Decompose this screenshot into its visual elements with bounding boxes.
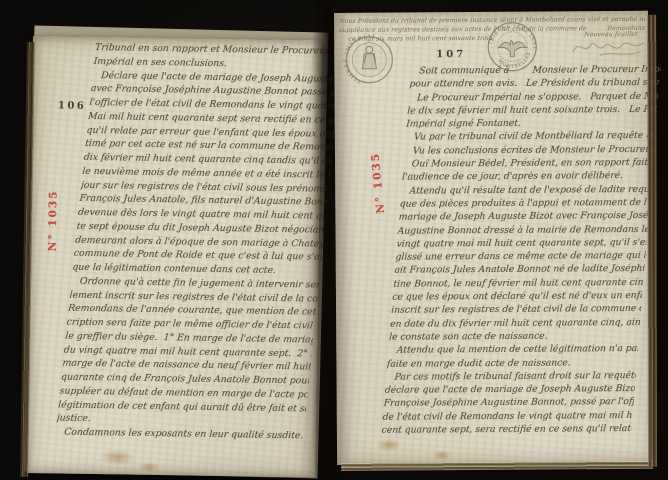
handwritten-line: en date du dix février mil huit cent qua… <box>390 316 641 331</box>
archive-number-stamp-right: N° 1035 <box>369 147 388 218</box>
handwritten-line: l'audience de ce jour, d'après en avoir … <box>401 169 652 184</box>
handwritten-text-right: Soit communiqué à Monsieur le Procureur … <box>380 63 661 445</box>
register-page-right: Nous Président du tribunal de première i… <box>334 11 651 465</box>
page-number-107: 107 <box>436 49 466 60</box>
page-number-106: 106 <box>58 100 87 111</box>
handwritten-line: Condamnons les exposants en leur qualité… <box>55 425 304 443</box>
stain <box>433 450 451 460</box>
handwritten-line: cent quarante sept, sera rectifié en ce … <box>381 422 632 437</box>
handwritten-line: inscrit sur les registres de l'état civi… <box>391 302 642 317</box>
register-page-left: 106 N° 1035 Tribunal en son rapport et M… <box>26 36 322 477</box>
handwritten-line: Attendu que la mention de cette légitima… <box>387 342 638 357</box>
handwritten-line: mariage de Joseph Auguste Bizot avec Fra… <box>398 209 649 224</box>
handwritten-text-left: Tribunal en son rapport et Monsieur le P… <box>51 41 343 474</box>
handwritten-line: pour attendre son avis. Le Président du … <box>409 76 660 91</box>
timbre-imperial-stamp: TIMBRE IMPÉRIAL <box>342 33 396 87</box>
paraph-signature <box>570 33 646 62</box>
imperial-eagle-icon <box>498 40 526 57</box>
handwritten-line: Françoise Joséphine Augustine Bonnot, pa… <box>383 395 634 410</box>
scanned-register-spread: 106 N° 1035 Tribunal en son rapport et M… <box>0 0 668 480</box>
archive-number-stamp-left: N° 1035 <box>47 185 60 255</box>
handwritten-line: le dix sept février mil huit cent soixan… <box>407 103 658 118</box>
